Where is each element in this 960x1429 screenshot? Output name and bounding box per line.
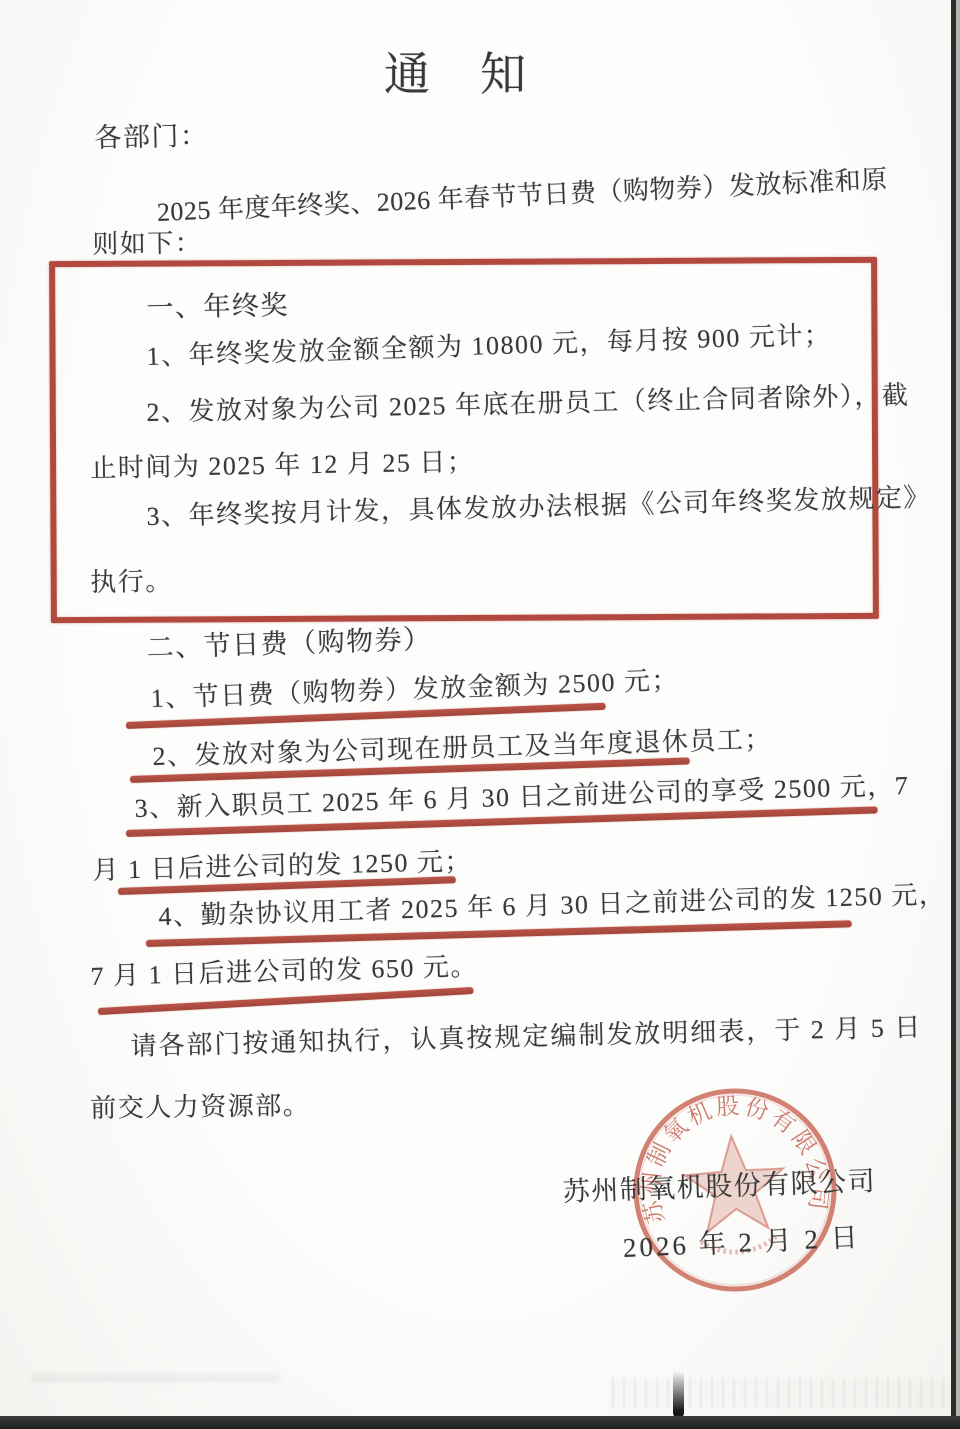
watermark-bold-stroke xyxy=(673,1372,684,1418)
page-title: 通 知 xyxy=(384,38,528,104)
faded-watermark-text xyxy=(612,1378,950,1408)
photo-edge-bottom xyxy=(0,1416,960,1429)
intro-line-1: 2025 年度年终奖、2026 年春节节日费（购物券）发放标准和原 xyxy=(156,159,888,229)
section1-heading: 一、年终奖 xyxy=(146,283,289,325)
section2-heading: 二、节日费（购物券） xyxy=(146,617,432,665)
notice-document-photo: 通 知 各部门： 2025 年度年终奖、2026 年春节节日费（购物券）发放标准… xyxy=(0,0,960,1429)
section2-item4-line2: 7 月 1 日后进公司的发 650 元。 xyxy=(90,946,478,993)
section1-item3-line2: 执行。 xyxy=(90,561,173,599)
closing-line-1: 请各部门按通知执行，认真按规定编制发放明细表，于 2 月 5 日 xyxy=(130,1007,923,1063)
faint-smudge xyxy=(30,1374,280,1382)
closing-line-2: 前交人力资源部。 xyxy=(90,1085,311,1125)
salutation: 各部门： xyxy=(94,114,209,155)
section1-item2-line2: 止时间为 2025 年 12 月 25 日； xyxy=(90,441,475,485)
intro-line-2: 则如下： xyxy=(92,222,203,261)
photo-edge-right-strip xyxy=(956,0,960,1418)
